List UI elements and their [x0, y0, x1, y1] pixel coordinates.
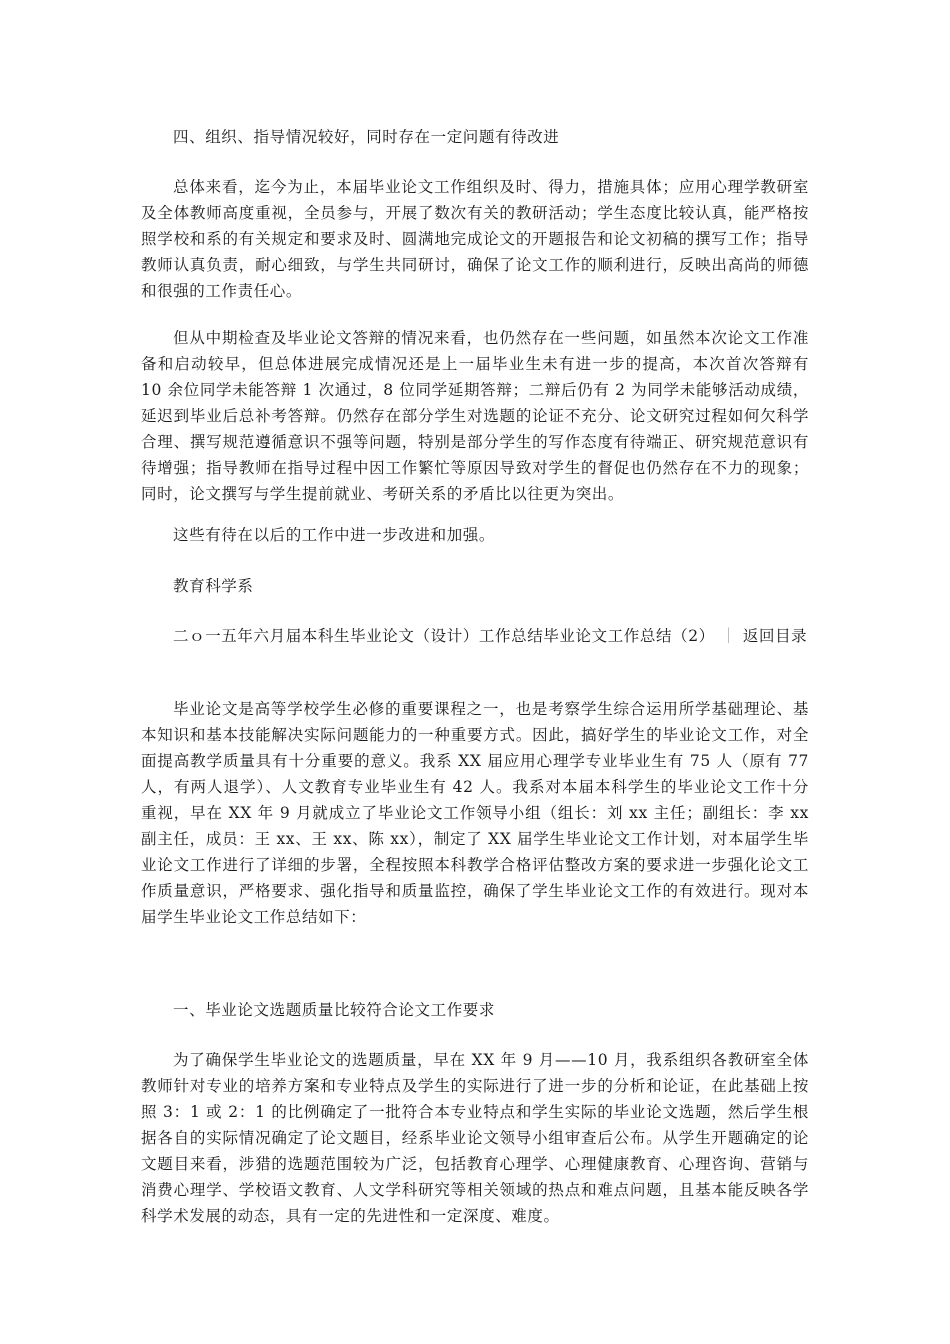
section1-heading: 一、毕业论文选题质量比较符合论文工作要求 — [141, 997, 809, 1023]
section4-paragraph-2: 但从中期检查及毕业论文答辩的情况来看，也仍然存在一些问题，如虽然本次论文工作准备… — [141, 325, 809, 507]
section4-heading: 四、组织、指导情况较好，同时存在一定问题有待改进 — [141, 124, 809, 150]
back-to-contents-link[interactable]: 返回目录 — [743, 627, 807, 645]
section1-paragraph-1: 为了确保学生毕业论文的选题质量，早在 XX 年 9 月——10 月，我系组织各教… — [141, 1047, 809, 1229]
section4-paragraph-1: 总体来看，迄今为止，本届毕业论文工作组织及时、得力，措施具体；应用心理学教研室及… — [141, 174, 809, 304]
nav-separator: ｜ — [715, 627, 743, 645]
section4-paragraph-3: 这些有待在以后的工作中进一步改进和加强。 — [141, 522, 809, 548]
nav-line: 二ｏ一五年六月届本科生毕业论文（设计）工作总结毕业论文工作总结（2）｜返回目录 — [141, 623, 809, 649]
next-article-title[interactable]: 二ｏ一五年六月届本科生毕业论文（设计）工作总结毕业论文工作总结（2） — [173, 627, 715, 645]
intro-paragraph: 毕业论文是高等学校学生必修的重要课程之一，也是考察学生综合运用所学基础理论、基本… — [141, 696, 809, 930]
department-signature: 教育科学系 — [141, 573, 809, 599]
